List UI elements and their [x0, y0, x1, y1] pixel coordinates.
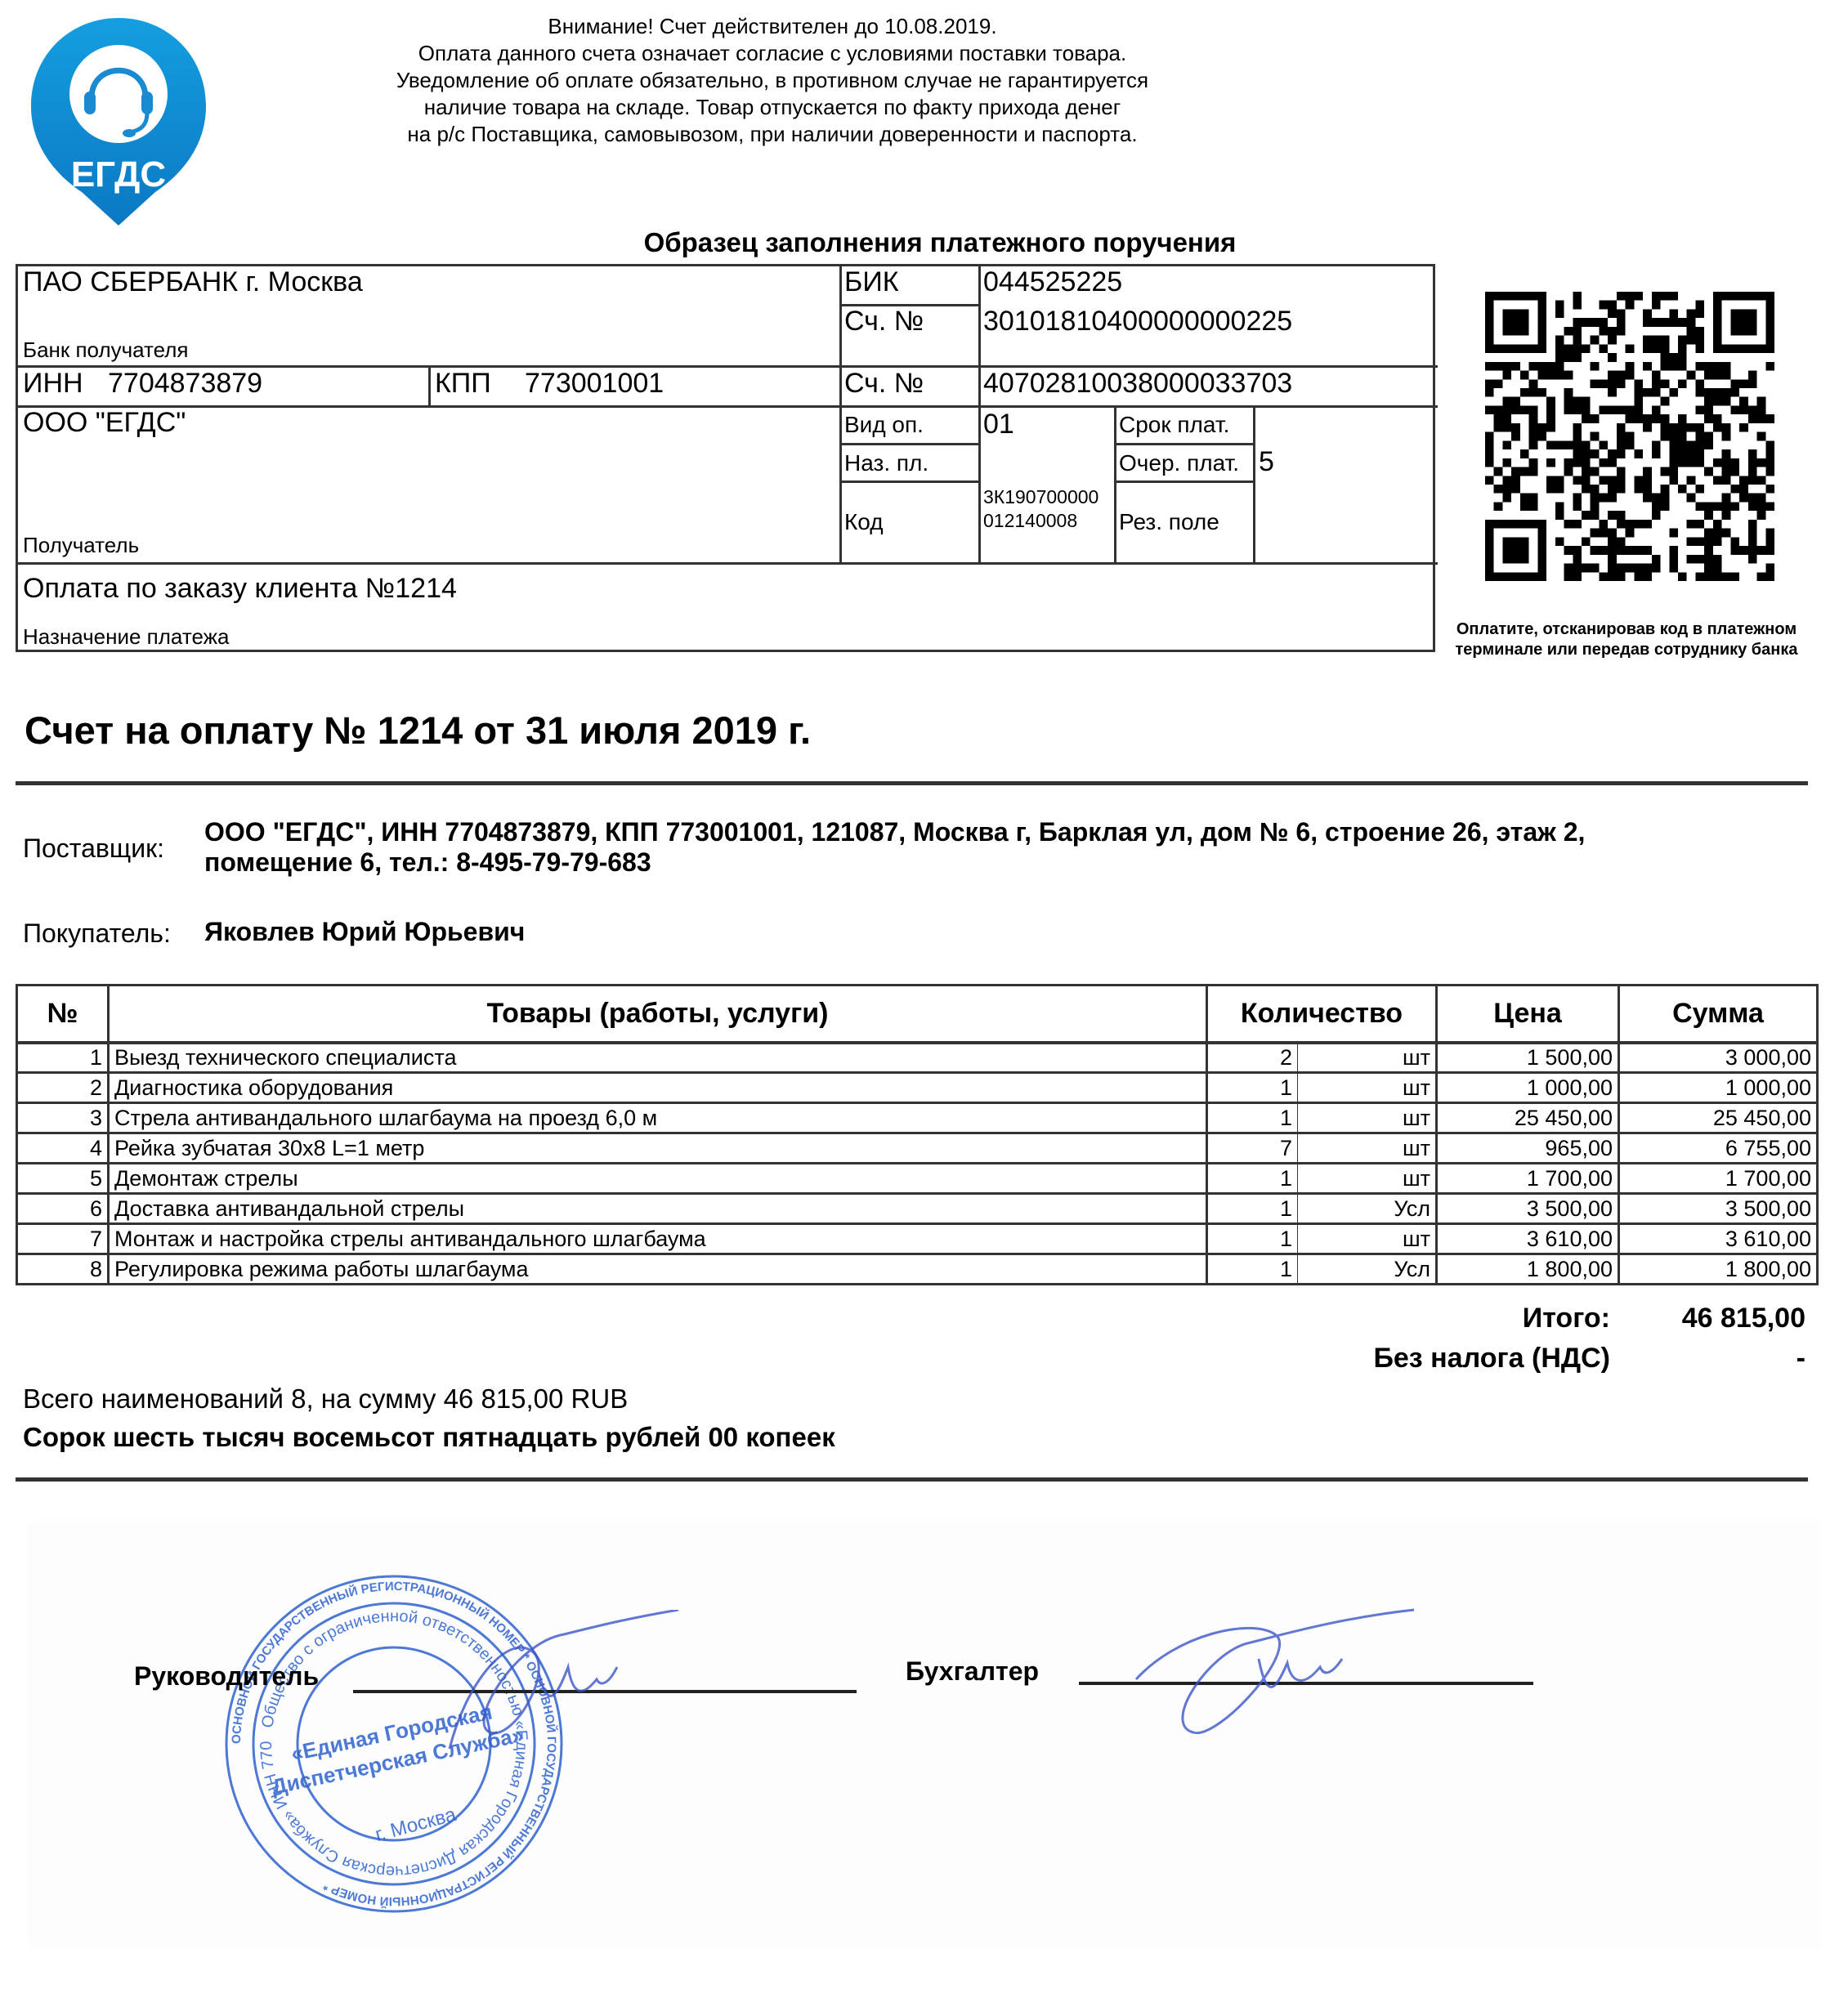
item-price: 3 500,00: [1437, 1194, 1619, 1224]
items-table: № Товары (работы, услуги) Количество Цен…: [16, 984, 1819, 1285]
item-quantity: 1: [1207, 1224, 1298, 1254]
bik-label: БИК: [844, 266, 899, 298]
table-row: 1Выезд технического специалиста2шт1 500,…: [17, 1043, 1818, 1073]
invoice-title: Счет на оплату № 1214 от 31 июля 2019 г.: [25, 708, 811, 753]
accountant-label: Бухгалтер: [906, 1656, 1039, 1687]
vat-label: Без налога (НДС): [1373, 1343, 1610, 1374]
notice-line: Оплата данного счета означает согласие с…: [245, 40, 1300, 67]
account-label: Сч. №: [844, 368, 924, 400]
inn-value: 7704873879: [108, 368, 262, 400]
buyer-label: Покупатель:: [23, 919, 171, 949]
col-price: Цена: [1437, 986, 1619, 1043]
director-signature: [433, 1610, 695, 1773]
item-unit: шт: [1298, 1103, 1437, 1133]
item-sum: 1 700,00: [1619, 1164, 1818, 1194]
bank-label: Банк получателя: [23, 337, 189, 363]
row-number: 1: [17, 1043, 109, 1073]
corr-account-value: 30101810400000000225: [983, 306, 1292, 337]
kpp-label: КПП: [435, 368, 491, 400]
table-header: № Товары (работы, услуги) Количество Цен…: [17, 986, 1818, 1043]
item-price: 1 800,00: [1437, 1254, 1619, 1285]
director-label: Руководитель: [134, 1661, 319, 1692]
table-row: 3Стрела антивандального шлагбаума на про…: [17, 1103, 1818, 1133]
row-number: 5: [17, 1164, 109, 1194]
item-sum: 1 800,00: [1619, 1254, 1818, 1285]
op-type-value: 01: [983, 409, 1014, 440]
item-unit: Усл: [1298, 1254, 1437, 1285]
item-name: Регулировка режима работы шлагбаума: [109, 1254, 1207, 1285]
item-unit: Усл: [1298, 1194, 1437, 1224]
table-row: 5Демонтаж стрелы1шт1 700,001 700,00: [17, 1164, 1818, 1194]
item-quantity: 1: [1207, 1254, 1298, 1285]
item-name: Выезд технического специалиста: [109, 1043, 1207, 1073]
code-line: 012140008: [983, 509, 1099, 533]
stamp-city: г. Москва: [373, 1804, 459, 1846]
total-label: Итого:: [1523, 1303, 1610, 1334]
item-quantity: 1: [1207, 1073, 1298, 1103]
item-sum: 6 755,00: [1619, 1133, 1818, 1164]
notice-line: Уведомление об оплате обязательно, в про…: [245, 67, 1300, 94]
item-quantity: 1: [1207, 1103, 1298, 1133]
item-unit: шт: [1298, 1073, 1437, 1103]
corr-account-label: Сч. №: [844, 306, 924, 337]
due-label: Срок плат.: [1119, 412, 1229, 438]
priority-label: Очер. плат.: [1119, 450, 1239, 476]
qr-caption-line: терминале или передав сотруднику банка: [1422, 640, 1831, 660]
payment-sample-block: ПАО СБЕРБАНК г. Москва Банк получателя Б…: [16, 264, 1435, 652]
reserved-label: Рез. поле: [1119, 509, 1219, 535]
col-quantity: Количество: [1207, 986, 1437, 1043]
table-row: 6Доставка антивандальной стрелы1Усл3 500…: [17, 1194, 1818, 1224]
item-price: 3 610,00: [1437, 1224, 1619, 1254]
item-unit: шт: [1298, 1164, 1437, 1194]
item-name: Доставка антивандальной стрелы: [109, 1194, 1207, 1224]
supplier-line: ООО "ЕГДС", ИНН 7704873879, КПП 77300100…: [204, 817, 1585, 847]
payment-purpose-label: Назначение платежа: [23, 624, 229, 650]
buyer-name: Яковлев Юрий Юрьевич: [204, 917, 525, 947]
egds-logo: ЕГДС: [25, 16, 213, 227]
vat-value: -: [1797, 1343, 1805, 1374]
item-name: Рейка зубчатая 30x8 L=1 метр: [109, 1133, 1207, 1164]
item-sum: 3 000,00: [1619, 1043, 1818, 1073]
item-quantity: 7: [1207, 1133, 1298, 1164]
item-unit: шт: [1298, 1133, 1437, 1164]
bik-value: 044525225: [983, 266, 1122, 298]
item-name: Демонтаж стрелы: [109, 1164, 1207, 1194]
table-row: 8Регулировка режима работы шлагбаума1Усл…: [17, 1254, 1818, 1285]
item-unit: шт: [1298, 1224, 1437, 1254]
divider: [16, 1477, 1808, 1482]
item-sum: 3 500,00: [1619, 1194, 1818, 1224]
row-number: 6: [17, 1194, 109, 1224]
payment-sample-title: Образец заполнения платежного поручения: [458, 227, 1422, 258]
item-price: 965,00: [1437, 1133, 1619, 1164]
item-price: 1 700,00: [1437, 1164, 1619, 1194]
col-sum: Сумма: [1619, 986, 1818, 1043]
item-price: 25 450,00: [1437, 1103, 1619, 1133]
accountant-signature: [1128, 1602, 1422, 1765]
table-row: 2Диагностика оборудования1шт1 000,001 00…: [17, 1073, 1818, 1103]
recipient-name: ООО "ЕГДС": [23, 407, 186, 439]
row-number: 2: [17, 1073, 109, 1103]
account-value: 40702810038000033703: [983, 368, 1292, 400]
notice-line: Внимание! Счет действителен до 10.08.201…: [245, 13, 1300, 40]
qr-caption-line: Оплатите, отсканировав код в платежном: [1422, 619, 1831, 640]
item-sum: 3 610,00: [1619, 1224, 1818, 1254]
kpp-value: 773001001: [525, 368, 664, 400]
logo-text: ЕГДС: [71, 154, 166, 194]
validity-notice: Внимание! Счет действителен до 10.08.201…: [245, 13, 1300, 148]
bank-name: ПАО СБЕРБАНК г. Москва: [23, 266, 363, 298]
col-number: №: [17, 986, 109, 1043]
inn-label: ИНН: [23, 368, 83, 400]
priority-value: 5: [1259, 446, 1274, 478]
row-number: 3: [17, 1103, 109, 1133]
notice-line: на р/с Поставщика, самовывозом, при нали…: [245, 121, 1300, 148]
item-quantity: 1: [1207, 1194, 1298, 1224]
headset-icon: [69, 45, 168, 143]
item-price: 1 500,00: [1437, 1043, 1619, 1073]
qr-caption: Оплатите, отсканировав код в платежном т…: [1422, 619, 1831, 660]
code-label: Код: [844, 509, 884, 535]
op-type-label: Вид оп.: [844, 412, 924, 438]
purpose-code-label: Наз. пл.: [844, 450, 928, 476]
row-number: 8: [17, 1254, 109, 1285]
code-value: 3К190700000 012140008: [983, 485, 1099, 533]
supplier-label: Поставщик:: [23, 834, 164, 864]
row-number: 7: [17, 1224, 109, 1254]
amount-in-words: Сорок шесть тысяч восемьсот пятнадцать р…: [23, 1422, 835, 1453]
item-name: Стрела антивандального шлагбаума на прое…: [109, 1103, 1207, 1133]
item-quantity: 2: [1207, 1043, 1298, 1073]
code-line: 3К190700000: [983, 485, 1099, 509]
item-name: Монтаж и настройка стрелы антивандальног…: [109, 1224, 1207, 1254]
item-unit: шт: [1298, 1043, 1437, 1073]
table-row: 4Рейка зубчатая 30x8 L=1 метр7шт965,006 …: [17, 1133, 1818, 1164]
notice-line: наличие товара на складе. Товар отпускае…: [245, 94, 1300, 121]
divider: [16, 781, 1808, 785]
qr-code-icon: [1485, 292, 1774, 581]
supplier-line: помещение 6, тел.: 8-495-79-79-683: [204, 847, 1585, 878]
total-value: 46 815,00: [1682, 1303, 1805, 1334]
items-summary: Всего наименований 8, на сумму 46 815,00…: [23, 1383, 628, 1415]
table-row: 7Монтаж и настройка стрелы антивандально…: [17, 1224, 1818, 1254]
recipient-label: Получатель: [23, 533, 139, 558]
item-price: 1 000,00: [1437, 1073, 1619, 1103]
row-number: 4: [17, 1133, 109, 1164]
item-name: Диагностика оборудования: [109, 1073, 1207, 1103]
supplier-details: ООО "ЕГДС", ИНН 7704873879, КПП 77300100…: [204, 817, 1585, 878]
payment-purpose: Оплата по заказу клиента №1214: [23, 573, 457, 605]
item-sum: 1 000,00: [1619, 1073, 1818, 1103]
col-goods: Товары (работы, услуги): [109, 986, 1207, 1043]
item-quantity: 1: [1207, 1164, 1298, 1194]
item-sum: 25 450,00: [1619, 1103, 1818, 1133]
